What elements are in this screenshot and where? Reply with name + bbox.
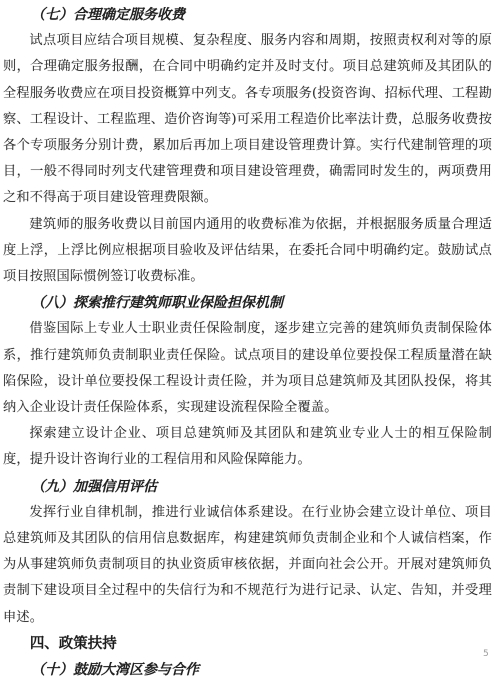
section-heading-10-greater-bay-area: （十）鼓励大湾区参与合作: [3, 657, 492, 683]
paragraph-credit-database: 发挥行业自律机制，推进行业诚信体系建设。在行业协会建立设计单位、项目总建筑师及其…: [3, 500, 492, 631]
page-number: 5: [483, 648, 489, 660]
paragraph-liability-insurance-system: 借鉴国际上专业人士职业责任保险制度，逐步建立完善的建筑师负责制保险体系，推行建筑…: [3, 316, 492, 421]
paragraph-fee-standard-basis: 建筑师的服务收费以目前国内通用的收费标准为依据，并根据服务质量合理适度上浮，上浮…: [3, 212, 492, 291]
document-page: （七）合理确定服务收费 试点项目应结合项目规模、复杂程度、服务内容和周期，按照责…: [0, 0, 495, 700]
section-heading-9-credit-evaluation: （九）加强信用评估: [3, 474, 492, 500]
chapter-heading-4-policy-support: 四、政策扶持: [3, 631, 492, 657]
paragraph-mutual-insurance: 探索建立设计企业、项目总建筑师及其团队和建筑业专业人士的相互保险制度，提升设计咨…: [3, 421, 492, 473]
section-heading-7-service-fee: （七）合理确定服务收费: [3, 2, 492, 28]
section-heading-8-insurance-guarantee: （八）探索推行建筑师职业保险担保机制: [3, 290, 492, 316]
paragraph-service-fee-determination: 试点项目应结合项目规模、复杂程度、服务内容和周期，按照责权利对等的原则，合理确定…: [3, 28, 492, 211]
